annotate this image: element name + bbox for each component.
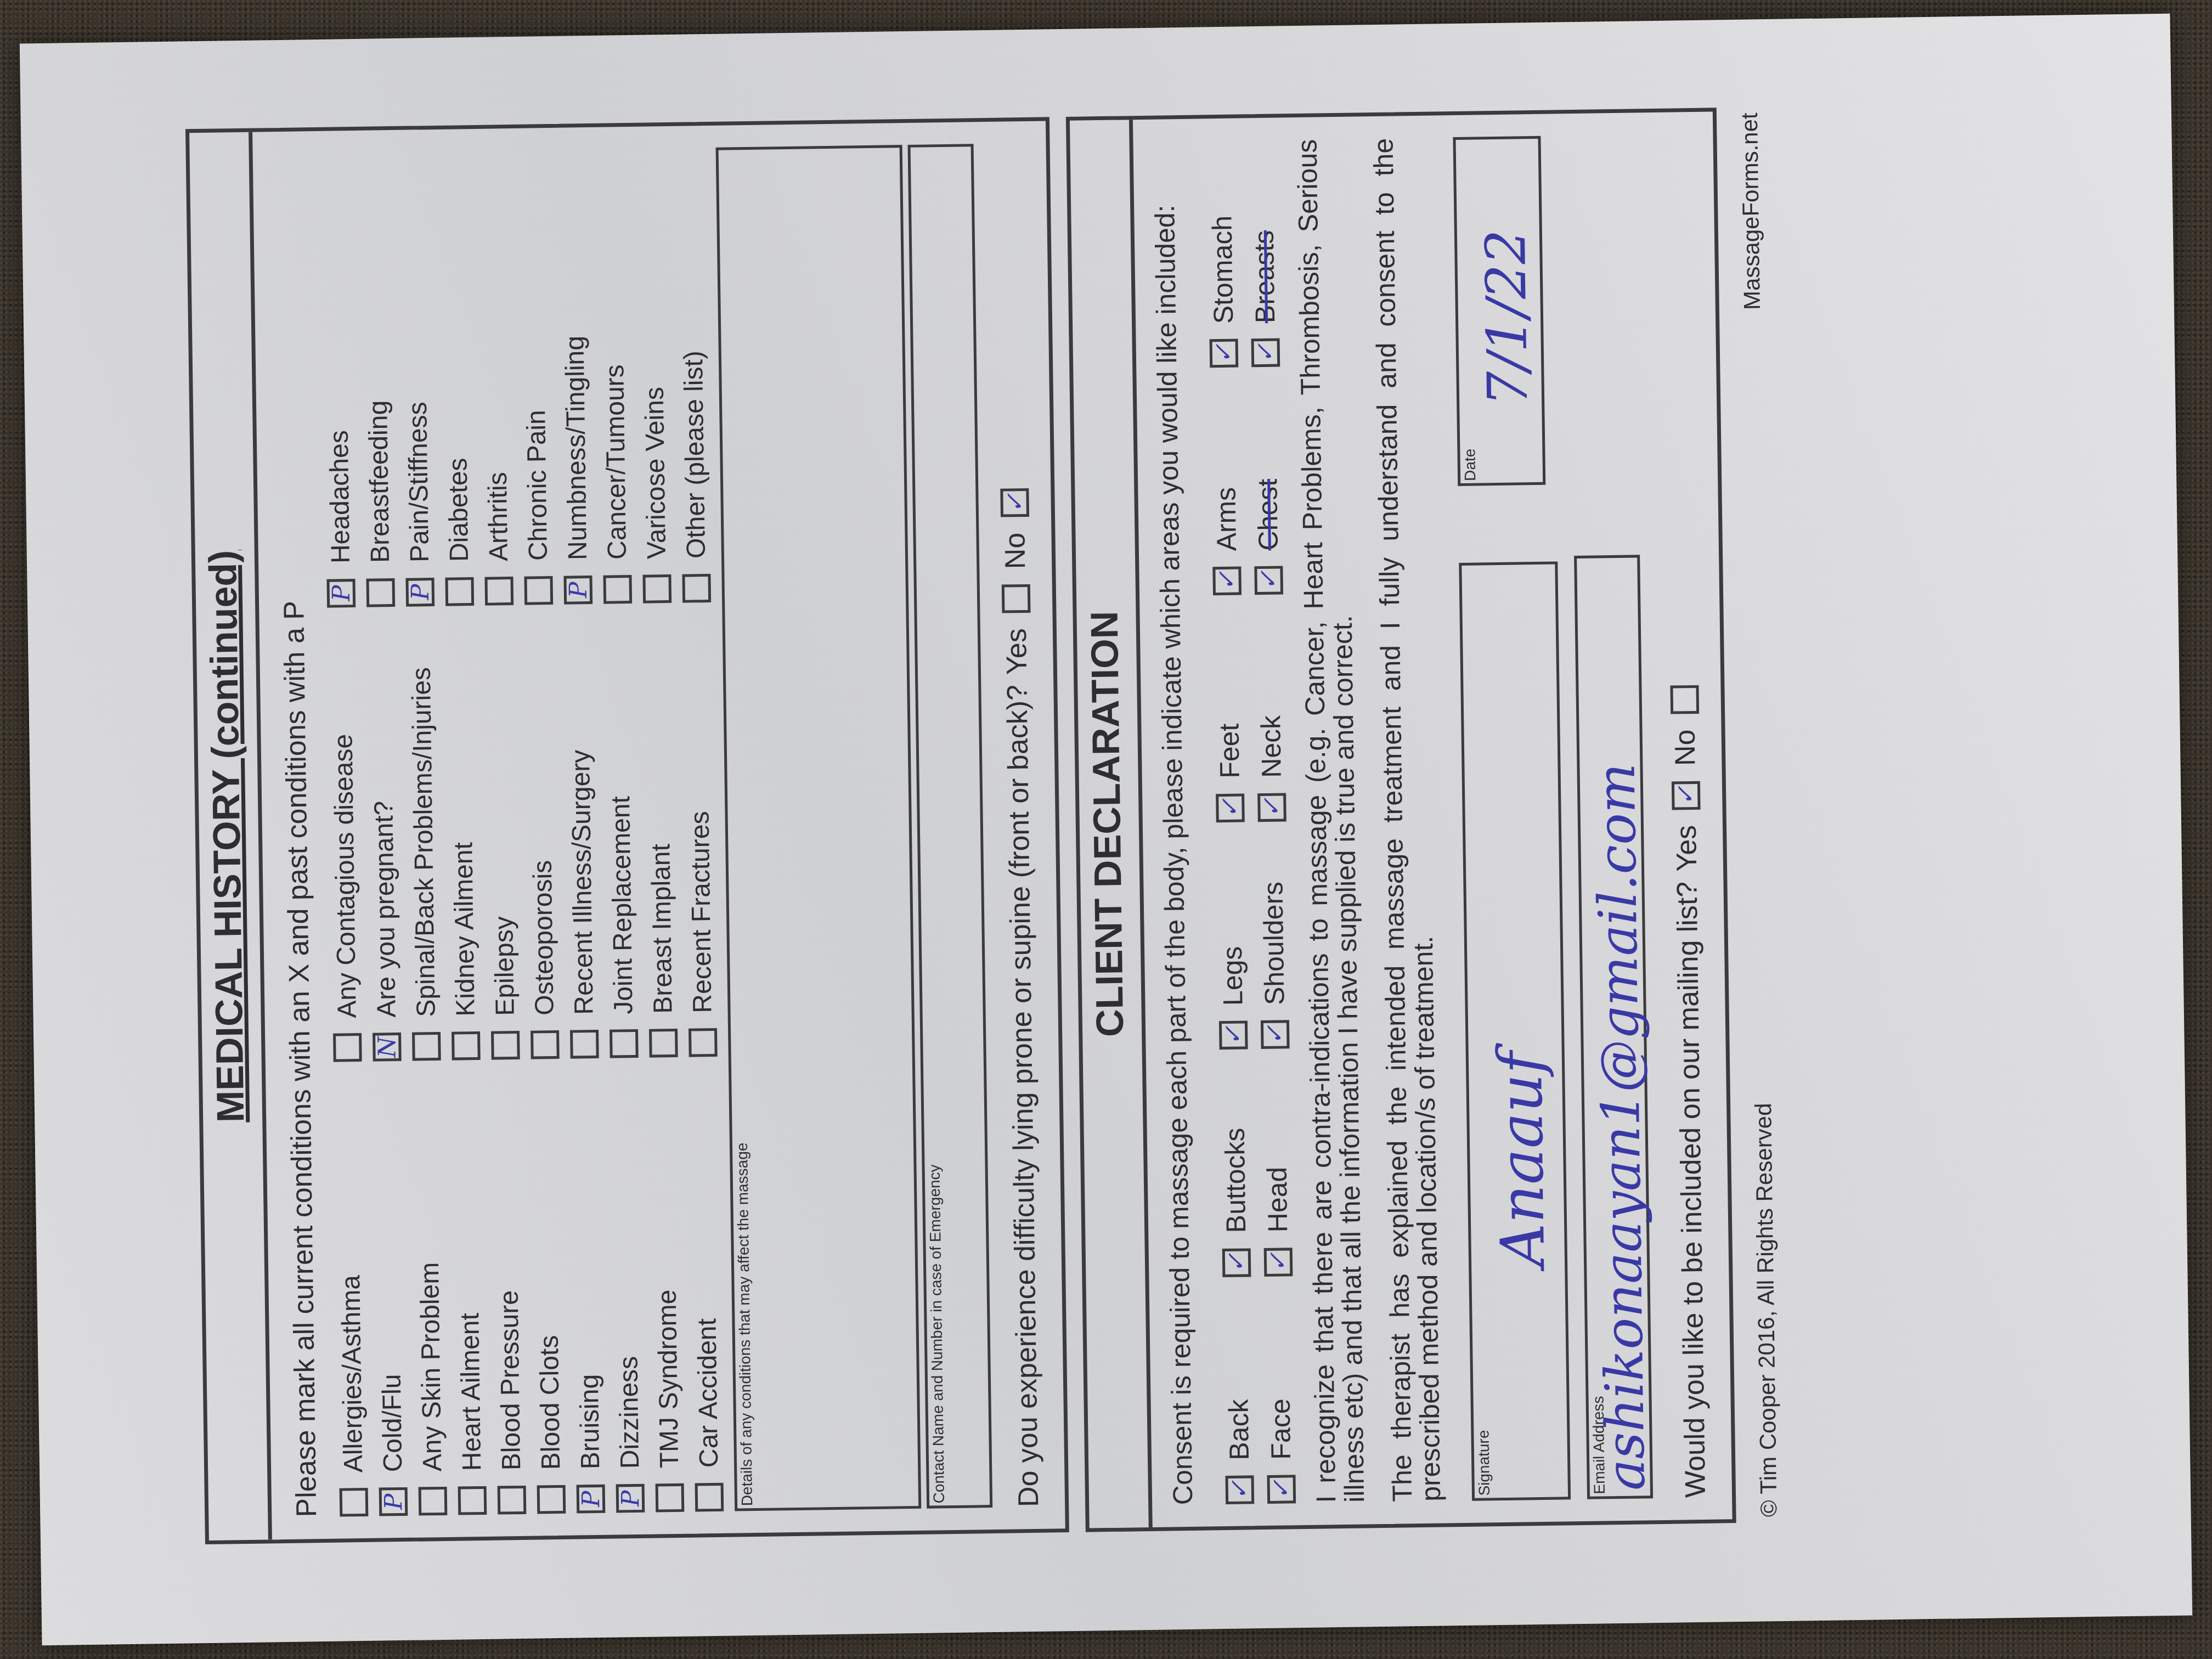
condition-label: Epilepsy: [489, 916, 521, 1016]
signature-field[interactable]: Signature Anaauf: [1459, 562, 1571, 1501]
body-area-checkbox[interactable]: ✓: [1218, 1021, 1248, 1050]
body-area-stomach: ✓Stomach: [1205, 140, 1240, 368]
condition-label: Breast Implant: [646, 844, 678, 1014]
condition-checkbox[interactable]: [649, 1029, 678, 1058]
condition-checkbox[interactable]: [484, 577, 513, 606]
body-area-checkbox[interactable]: ✓: [1263, 1248, 1293, 1277]
condition-label: Any Contagious disease: [328, 734, 362, 1018]
condition-label: Cancer/Tumours: [600, 364, 633, 560]
paper-form: MEDICAL HISTORY (continued) Please mark …: [20, 14, 2192, 1645]
body-area-checkbox[interactable]: ✓: [1212, 566, 1242, 595]
body-area-checkbox[interactable]: ✓: [1216, 793, 1245, 822]
condition-checkbox[interactable]: [452, 1031, 481, 1060]
condition-checkbox[interactable]: P: [379, 1487, 408, 1516]
mailing-no-checkbox[interactable]: [1670, 685, 1699, 714]
condition-item: Chronic Pain: [513, 150, 559, 605]
body-area-checkbox[interactable]: ✓: [1260, 1020, 1289, 1049]
condition-checkbox[interactable]: [570, 1030, 599, 1059]
condition-label: Breastfeeding: [363, 400, 395, 563]
body-area-checkbox[interactable]: ✓: [1254, 566, 1283, 595]
conditions-grid: Allergies/AsthmaPCold/FluAny Skin Proble…: [309, 126, 730, 1539]
body-area-checkbox[interactable]: ✓: [1267, 1475, 1296, 1504]
condition-label: Recent Illness/Surgery: [565, 749, 599, 1015]
signature-value: Anaauf: [1485, 1051, 1558, 1268]
body-area-head: ✓Head: [1259, 1049, 1294, 1277]
condition-label: Blood Pressure: [494, 1290, 527, 1471]
body-area-label: Head: [1261, 1166, 1294, 1232]
medical-history-section: MEDICAL HISTORY (continued) Please mark …: [185, 117, 1069, 1544]
condition-label: Blood Clots: [534, 1335, 566, 1470]
condition-checkbox[interactable]: P: [577, 1485, 606, 1514]
condition-item: TMJ Syndrome: [644, 1057, 690, 1513]
signature-label: Signature: [1475, 1430, 1493, 1496]
condition-checkbox[interactable]: [419, 1487, 448, 1516]
condition-checkbox[interactable]: [491, 1031, 520, 1060]
condition-label: TMJ Syndrome: [652, 1289, 685, 1468]
condition-label: Kidney Ailment: [448, 842, 481, 1017]
condition-checkbox[interactable]: P: [616, 1484, 645, 1513]
details-field[interactable]: Details of any conditions that may affec…: [716, 145, 922, 1511]
conditions-column-3: PHeadachesBreastfeedingPPain/StiffnessDi…: [315, 148, 716, 608]
condition-item: Epilepsy: [479, 605, 526, 1060]
body-area-chest: ✓Chest: [1250, 367, 1285, 595]
condition-checkbox[interactable]: P: [326, 579, 356, 608]
email-field[interactable]: Email Address ashikonaayan1@gmail.com: [1574, 555, 1653, 1499]
condition-label: Allergies/Asthma: [336, 1275, 369, 1473]
condition-item: Allergies/Asthma: [328, 1062, 374, 1517]
body-area-label: Feet: [1213, 723, 1245, 778]
condition-item: PNumbness/Tingling: [552, 149, 599, 605]
prone-yes-label: Yes: [1000, 628, 1034, 675]
condition-item: Cancer/Tumours: [592, 149, 638, 604]
condition-item: PHeadaches: [315, 153, 362, 608]
condition-checkbox[interactable]: [498, 1486, 527, 1515]
client-declaration-section: CLIENT DECLARATION Consent is required t…: [1066, 108, 1736, 1532]
conditions-column-2: Any Contagious diseaseNAre you pregnant?…: [321, 602, 723, 1063]
condition-label: Diabetes: [443, 458, 475, 562]
condition-item: Recent Fractures: [677, 602, 723, 1058]
body-areas-grid: ✓Back✓Buttocks✓Legs✓Feet✓Arms✓Stomach✓Fa…: [1193, 117, 1308, 1526]
condition-checkbox[interactable]: [412, 1032, 441, 1061]
condition-label: Headaches: [324, 430, 356, 564]
body-area-checkbox[interactable]: ✓: [1225, 1475, 1254, 1504]
condition-item: Kidney Ailment: [440, 606, 486, 1061]
prone-no-label: No: [998, 532, 1032, 569]
conditions-column-1: Allergies/AsthmaPCold/FluAny Skin Proble…: [328, 1057, 729, 1517]
condition-label: Recent Fractures: [685, 811, 718, 1013]
body-area-legs: ✓Legs: [1214, 822, 1249, 1049]
form-page: MEDICAL HISTORY (continued) Please mark …: [185, 107, 1802, 1544]
mailing-question-text: Would you like to be included on our mai…: [1671, 881, 1712, 1498]
condition-label: Spinal/Back Problems/Injuries: [406, 667, 441, 1017]
body-area-checkbox[interactable]: ✓: [1222, 1248, 1251, 1277]
body-area-label: Shoulders: [1257, 882, 1290, 1006]
condition-item: Blood Pressure: [486, 1059, 532, 1515]
body-area-neck: ✓Neck: [1253, 594, 1288, 822]
condition-checkbox[interactable]: [603, 575, 632, 604]
condition-checkbox[interactable]: [695, 1483, 724, 1512]
body-area-breasts: ✓Breasts: [1246, 139, 1282, 367]
body-area-label: Face: [1264, 1398, 1297, 1460]
condition-label: Any Skin Problem: [414, 1262, 447, 1471]
email-value: ashikonaayan1@gmail.com: [1585, 763, 1657, 1491]
condition-item: PPain/Stiffness: [394, 151, 441, 607]
mailing-yes-checkbox[interactable]: ✓: [1671, 781, 1700, 810]
condition-checkbox[interactable]: [333, 1033, 362, 1062]
body-area-label: Back: [1222, 1399, 1255, 1460]
body-area-checkbox[interactable]: ✓: [1209, 339, 1238, 368]
body-area-label: Buttocks: [1218, 1127, 1252, 1233]
condition-label: Osteoporosis: [527, 860, 560, 1015]
date-value: 7/1/22: [1473, 229, 1539, 406]
details-label: Details of any conditions that may affec…: [733, 1143, 756, 1506]
body-area-arms: ✓Arms: [1208, 368, 1243, 595]
condition-item: Recent Illness/Surgery: [558, 604, 605, 1059]
condition-checkbox[interactable]: [656, 1483, 685, 1513]
condition-item: Breast Implant: [637, 603, 684, 1058]
condition-item: Car Accident: [684, 1057, 730, 1512]
body-area-buttocks: ✓Buttocks: [1217, 1049, 1252, 1277]
body-area-label: Legs: [1216, 946, 1249, 1006]
condition-checkbox[interactable]: [610, 1029, 639, 1058]
body-area-shoulders: ✓Shoulders: [1256, 821, 1291, 1049]
condition-label: Are you pregnant?: [369, 800, 402, 1018]
condition-label: Bruising: [574, 1374, 605, 1469]
condition-checkbox[interactable]: [366, 578, 395, 607]
body-area-label: Stomach: [1206, 216, 1239, 324]
condition-label: Arthritis: [482, 472, 513, 561]
body-area-label: Arms: [1210, 487, 1243, 551]
body-area-back: ✓Back: [1221, 1277, 1256, 1504]
condition-label: Other (please list): [678, 351, 711, 559]
condition-item: Other (please list): [671, 148, 717, 603]
condition-label: Car Accident: [692, 1318, 724, 1468]
copyright-text: © Tim Cooper 2016, All Rights Reserved: [1750, 1103, 1782, 1517]
condition-checkbox[interactable]: [682, 574, 711, 603]
condition-item: Heart Ailment: [447, 1060, 493, 1515]
condition-item: Any Skin Problem: [407, 1060, 453, 1516]
condition-checkbox[interactable]: [531, 1030, 560, 1059]
condition-label: Heart Ailment: [455, 1313, 487, 1471]
condition-item: PCold/Flu: [368, 1061, 414, 1516]
condition-label: Cold/Flu: [376, 1374, 408, 1472]
body-area-feet: ✓Feet: [1211, 595, 1246, 822]
condition-checkbox[interactable]: [524, 576, 553, 605]
condition-checkbox[interactable]: [458, 1486, 487, 1515]
condition-label: Varicose Veins: [639, 387, 672, 560]
mailing-no-label: No: [1668, 729, 1702, 766]
signature-date-row: Signature Anaauf Date 7/1/22: [1441, 114, 1582, 1523]
body-area-label: Breasts: [1248, 230, 1280, 323]
body-area-label: Chest: [1251, 478, 1284, 550]
condition-checkbox[interactable]: [537, 1485, 566, 1514]
mailing-yes-label: Yes: [1669, 825, 1703, 872]
condition-item: PDizziness: [605, 1058, 651, 1513]
prone-yes-checkbox[interactable]: [1002, 584, 1031, 613]
emergency-contact-label: Contact Name and Number in case of Emerg…: [926, 1164, 948, 1503]
condition-label: Chronic Pain: [521, 410, 554, 561]
condition-item: Blood Clots: [526, 1059, 572, 1514]
condition-item: Diabetes: [434, 151, 480, 606]
condition-item: Arthritis: [473, 150, 520, 606]
date-field[interactable]: Date 7/1/22: [1453, 136, 1545, 486]
prone-question-text: Do you experience difficulty lying prone…: [1001, 685, 1045, 1508]
condition-checkbox[interactable]: [445, 577, 474, 606]
body-area-face: ✓Face: [1262, 1276, 1297, 1504]
body-area-label: Neck: [1255, 715, 1288, 778]
condition-checkbox[interactable]: N: [373, 1032, 402, 1062]
condition-item: PBruising: [565, 1058, 611, 1514]
condition-checkbox[interactable]: [642, 574, 672, 603]
condition-item: Varicose Veins: [631, 148, 678, 603]
body-area-checkbox[interactable]: ✓: [1257, 793, 1286, 822]
condition-item: Osteoporosis: [519, 605, 565, 1060]
condition-label: Pain/Stiffness: [402, 402, 435, 562]
condition-item: Spinal/Back Problems/Injuries: [400, 606, 447, 1062]
condition-checkbox[interactable]: [689, 1028, 718, 1057]
condition-label: Dizziness: [613, 1356, 645, 1469]
condition-label: Numbness/Tingling: [560, 336, 593, 561]
condition-checkbox[interactable]: P: [563, 575, 592, 605]
condition-item: Any Contagious disease: [321, 607, 368, 1063]
body-area-checkbox[interactable]: ✓: [1251, 338, 1280, 368]
site-name: MassageForms.net: [1736, 112, 1765, 310]
condition-label: Joint Replacement: [606, 796, 639, 1014]
condition-item: Joint Replacement: [598, 603, 644, 1059]
condition-item: NAre you pregnant?: [361, 607, 407, 1062]
prone-no-checkbox[interactable]: ✓: [1000, 488, 1029, 517]
date-label: Date: [1461, 449, 1479, 482]
condition-checkbox[interactable]: P: [405, 578, 435, 607]
condition-checkbox[interactable]: [340, 1488, 369, 1517]
condition-item: Breastfeeding: [355, 152, 401, 607]
